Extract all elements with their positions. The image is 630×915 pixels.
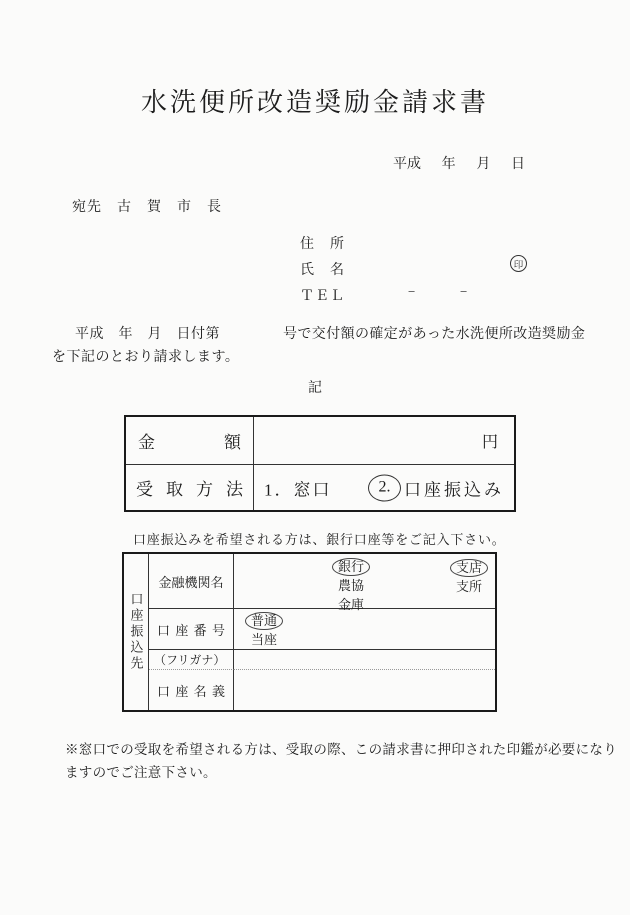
- circled-ordinary-option-icon: 普通: [245, 612, 283, 630]
- amount-unit: 円: [482, 429, 498, 452]
- method-label-char: 方: [196, 475, 213, 500]
- seal-mark-icon: 印: [510, 255, 527, 272]
- amount-label-char: 金: [138, 428, 155, 453]
- institution-options: 銀行 農協 金庫: [320, 557, 382, 614]
- account-name-label-char: 名: [194, 681, 207, 700]
- section-heading: 記: [0, 377, 630, 397]
- bank-transfer-table: 口座振込先 金融機関名 銀行 農協 金庫 支店 支所 口 座 番 号 普通 当座: [122, 552, 497, 712]
- amount-label-cell: 金 額: [126, 417, 254, 465]
- account-number-label-char: 号: [212, 620, 225, 639]
- account-name-input-cell: [234, 670, 495, 710]
- date-month-label: 月: [476, 153, 490, 173]
- method-label-char: 受: [136, 475, 153, 500]
- amount-table: 金 額 円 受 取 方 法 1．窓口 2. 口座振込み: [124, 415, 516, 512]
- date-year-label: 年: [442, 153, 456, 173]
- method-label-char: 法: [226, 475, 243, 500]
- furigana-input-cell: [234, 650, 495, 670]
- branch-options: 支店 支所: [447, 558, 491, 596]
- circled-branch-option-icon: 支店: [450, 559, 488, 577]
- form-title: 水洗便所改造奨励金請求書: [0, 82, 630, 119]
- request-line1-right: 号で交付額の確定があった水洗便所改造奨励金: [283, 323, 585, 343]
- footer-note-line2: ますのでご注意下さい。: [65, 762, 617, 785]
- request-line2: を下記のとおり請求します。: [52, 346, 239, 366]
- account-number-label-char: 番: [194, 620, 207, 639]
- account-name-label-cell: 口 座 名 義: [149, 670, 234, 710]
- date-line: 平成 年 月 日: [393, 153, 525, 173]
- method-options-cell: 1．窓口 2. 口座振込み: [254, 465, 514, 510]
- bank-table-caption: 口座振込みを希望される方は、銀行口座等をご記入下さい。: [133, 529, 506, 548]
- side-label-transfer-destination: 口座振込先: [124, 554, 149, 710]
- furigana-label-cell: （フリガナ）: [149, 650, 234, 670]
- claim-form-page: 水洗便所改造奨励金請求書 平成 年 月 日 宛先 古 賀 市 長 住 所 氏 名…: [0, 0, 630, 915]
- name-label: 氏 名: [300, 259, 345, 279]
- circled-bank-option-icon: 銀行: [332, 558, 370, 576]
- account-number-label-char: 口: [157, 620, 170, 639]
- tel-separator: −: [460, 284, 467, 300]
- footer-note: ※窓口での受取を希望される方は、受取の際、この請求書に押印された印鑑が必要になり…: [65, 739, 617, 784]
- tel-label: ＴＥＬ: [300, 285, 345, 305]
- institution-option-nokyo: 農協: [320, 576, 382, 595]
- branch-option-shisho: 支所: [447, 577, 491, 596]
- method-option-transfer: 口座振込み: [404, 475, 504, 500]
- institution-label-cell: 金融機関名: [149, 554, 234, 609]
- date-day-label: 日: [511, 153, 525, 173]
- footer-note-line1: ※窓口での受取を希望される方は、受取の際、この請求書に押印された印鑑が必要になり: [65, 739, 617, 762]
- account-name-label-char: 義: [212, 681, 225, 700]
- method-label-cell: 受 取 方 法: [126, 465, 254, 510]
- date-era-label: 平成: [393, 153, 421, 173]
- account-number-label-cell: 口 座 番 号: [149, 609, 234, 650]
- request-line1-left: 平成 年 月 日付第: [75, 323, 220, 343]
- account-number-cell: 普通 当座: [234, 609, 495, 650]
- method-option-window: 1．窓口: [264, 475, 332, 500]
- institution-options-cell: 銀行 農協 金庫 支店 支所: [234, 554, 495, 609]
- account-name-label-char: 座: [175, 681, 188, 700]
- circled-option-2-icon: 2.: [368, 474, 401, 501]
- tel-separator: −: [408, 284, 415, 300]
- recipient-line: 宛先 古 賀 市 長: [72, 196, 222, 216]
- account-type-option-toza: 当座: [242, 630, 286, 649]
- amount-value-cell: 円: [254, 417, 514, 465]
- method-label-char: 取: [166, 475, 183, 500]
- amount-label-char: 額: [224, 428, 241, 453]
- address-label: 住 所: [300, 233, 345, 253]
- account-number-label-char: 座: [175, 620, 188, 639]
- account-name-label-char: 口: [157, 681, 170, 700]
- account-type-options: 普通 当座: [242, 611, 286, 649]
